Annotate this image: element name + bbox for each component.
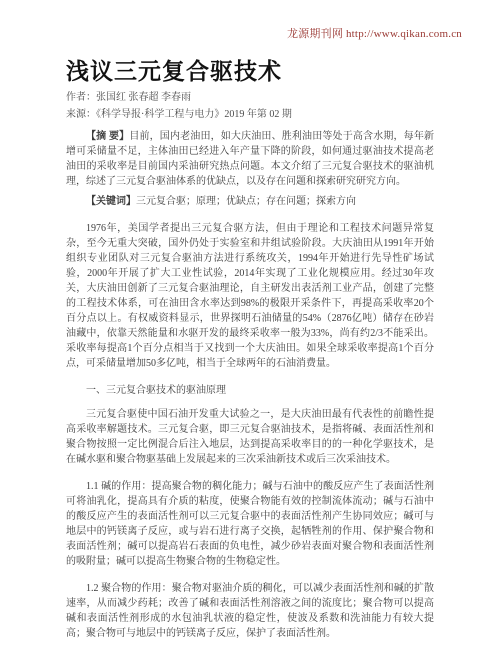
keywords-text: 三元复合驱；原理；优缺点；存在问题；探索方向	[136, 196, 356, 207]
abstract-paragraph: 【摘 要】目前，国内老油田，如大庆油田、胜利油田等处于高含水期，每年新增可采储量…	[66, 129, 434, 189]
body-paragraph-1-1-alkali: 1.1 碱的作用：提高聚合物的稠化能力；碱与石油中的酸反应产生了表面活性剂可将油…	[66, 479, 434, 569]
keywords-paragraph: 【关键词】三元复合驱；原理；优缺点；存在问题；探索方向	[66, 194, 434, 209]
article-title: 浅议三元复合驱技术	[66, 58, 434, 84]
author-line: 作者：张国红 张春超 李春雨	[66, 90, 434, 105]
keywords-label: 【关键词】	[86, 196, 136, 207]
article-content: 浅议三元复合驱技术 作者：张国红 张春超 李春雨 来源：《科学导报·科学工程与电…	[0, 58, 502, 641]
body-paragraph-principle: 三元复合驱使中国石油开发重大试验之一，是大庆油田最有代表性的前瞻性提高采收率解题…	[66, 407, 434, 467]
body-paragraph-1-2-polymer: 1.2 聚合物的作用：聚合物对驱油介质的稠化，可以减少表面活性剂和碱的扩散速率，…	[66, 581, 434, 641]
document-page: 龙源期刊网 http://www.qikan.com.cn 浅议三元复合驱技术 …	[0, 0, 502, 649]
body-paragraph-intro: 1976年，美国学者提出三元复合驱方法，但由于理论和工程技术问题异常复杂，至今无…	[66, 221, 434, 371]
source-line: 来源：《科学导报·科学工程与电力》2019 年第 02 期	[66, 107, 434, 122]
abstract-label: 【摘 要】	[86, 131, 129, 142]
section-heading-1: 一、三元复合驱技术的驱油原理	[66, 383, 434, 398]
journal-watermark-text: 龙源期刊网 http://www.qikan.com.cn	[287, 28, 462, 40]
journal-watermark: 龙源期刊网 http://www.qikan.com.cn	[0, 0, 502, 41]
